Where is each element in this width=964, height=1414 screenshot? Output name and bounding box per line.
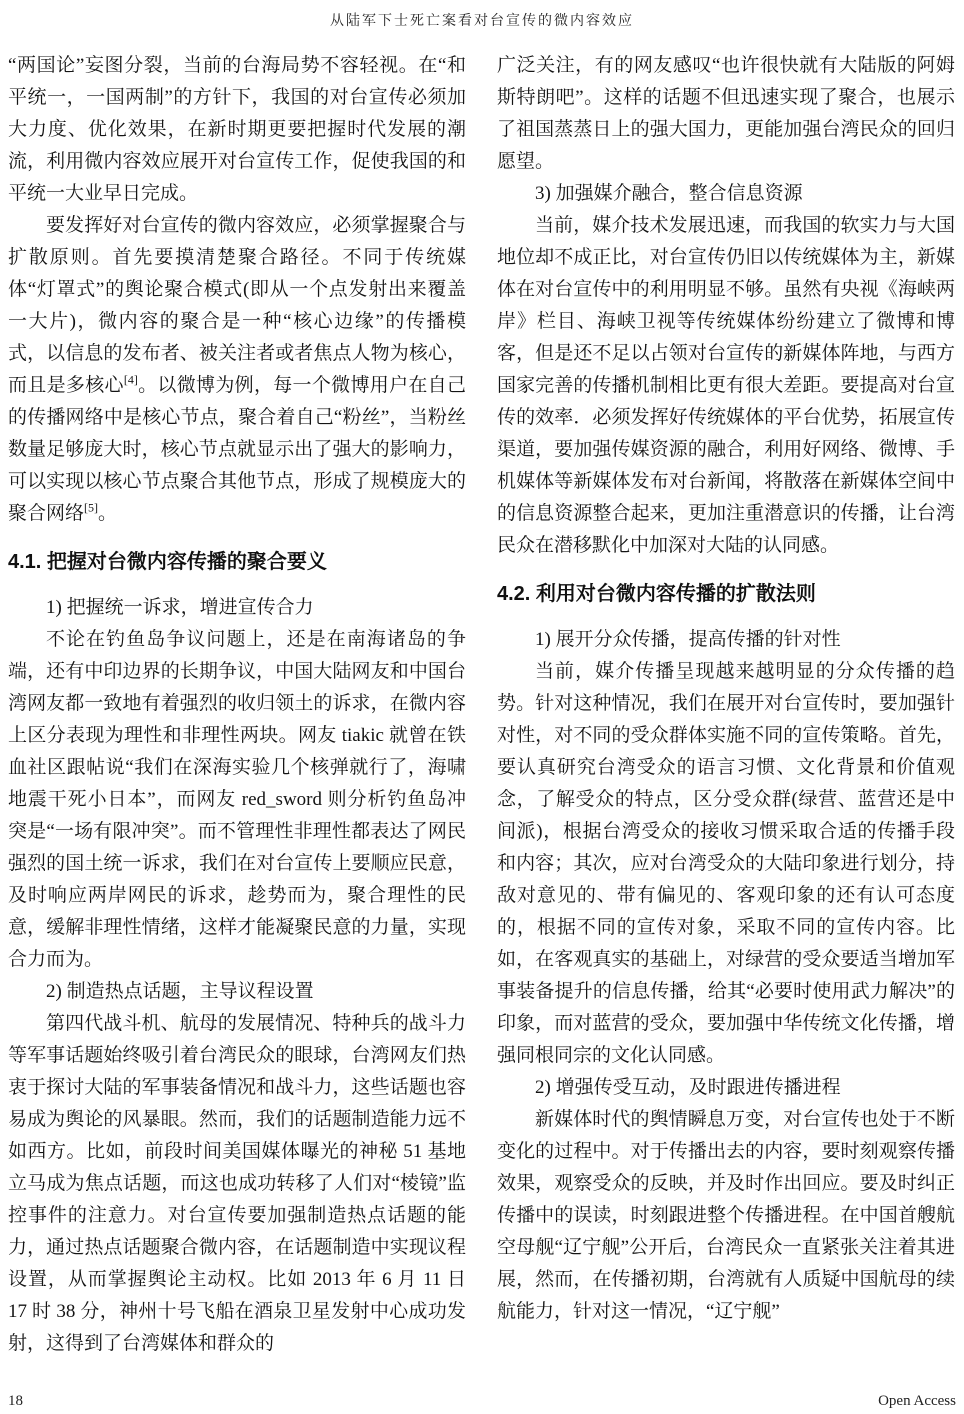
section-heading-4-2: 4.2. 利用对台微内容传播的扩散法则 — [497, 578, 955, 610]
paragraph-item-3-body: 当前，媒介技术发展迅速，而我国的软实力与大国地位却不成正比，对台宣传仍旧以传统媒… — [497, 210, 955, 562]
paragraph-continuation: “两国论”妄图分裂，当前的台海局势不容轻视。在“和平统一，一国两制”的方针下，我… — [8, 50, 466, 210]
paragraph-item-1-body-right: 当前，媒介传播呈现越来越明显的分众传播的趋势。针对这种情况，我们在展开对台宣传时… — [497, 656, 955, 1072]
list-item-heading-2: 2) 制造热点话题，主导议程设置 — [8, 976, 466, 1008]
paragraph-item-1-body: 不论在钓鱼岛争议问题上，还是在南海诸岛的争端，还有中印边界的长期争议，中国大陆网… — [8, 624, 466, 976]
paragraph-item-2-body-right: 新媒体时代的舆情瞬息万变，对台宣传也处于不断变化的过程中。对于传播出去的内容，要… — [497, 1104, 955, 1328]
citation-ref-4: [4] — [124, 373, 138, 387]
paragraph-item-2-body: 第四代战斗机、航母的发展情况、特种兵的战斗力等军事话题始终吸引着台湾民众的眼球，… — [8, 1008, 466, 1360]
right-column: 广泛关注，有的网友感叹“也许很快就有大陆版的阿姆斯特朗吧”。这样的话题不但迅速实… — [497, 50, 955, 1360]
running-head-title: 从陆军下士死亡案看对台宣传的微内容效应 — [0, 0, 964, 30]
page-number: 18 — [8, 1393, 23, 1410]
section-heading-4-1: 4.1. 把握对台微内容传播的聚合要义 — [8, 546, 466, 578]
paragraph-aggregation-part-1: 要发挥好对台宣传的微内容效应，必须掌握聚合与扩散原则。首先要摸清楚聚合路径。不同… — [8, 215, 466, 396]
paragraph-continuation-right: 广泛关注，有的网友感叹“也许很快就有大陆版的阿姆斯特朗吧”。这样的话题不但迅速实… — [497, 50, 955, 178]
list-item-heading-1: 1) 把握统一诉求，增进宣传合力 — [8, 592, 466, 624]
paragraph-aggregation: 要发挥好对台宣传的微内容效应，必须掌握聚合与扩散原则。首先要摸清楚聚合路径。不同… — [8, 210, 466, 530]
two-column-body: “两国论”妄图分裂，当前的台海局势不容轻视。在“和平统一，一国两制”的方针下，我… — [0, 50, 964, 1360]
list-item-heading-1-right: 1) 展开分众传播，提高传播的针对性 — [497, 624, 955, 656]
paragraph-aggregation-part-3: 。 — [98, 503, 117, 524]
list-item-heading-3: 3) 加强媒介融合，整合信息资源 — [497, 178, 955, 210]
page-footer: 18 Open Access — [0, 1388, 964, 1414]
citation-ref-5: [5] — [84, 501, 98, 515]
paragraph-aggregation-part-2: 。以微博为例，每一个微博用户在自己的传播网络中是核心节点，聚合着自己“粉丝”，当… — [8, 375, 466, 524]
list-item-heading-2-right: 2) 增强传受互动，及时跟进传播进程 — [497, 1072, 955, 1104]
left-column: “两国论”妄图分裂，当前的台海局势不容轻视。在“和平统一，一国两制”的方针下，我… — [8, 50, 466, 1360]
open-access-label: Open Access — [878, 1393, 956, 1410]
paper-page: 从陆军下士死亡案看对台宣传的微内容效应 “两国论”妄图分裂，当前的台海局势不容轻… — [0, 0, 964, 1414]
